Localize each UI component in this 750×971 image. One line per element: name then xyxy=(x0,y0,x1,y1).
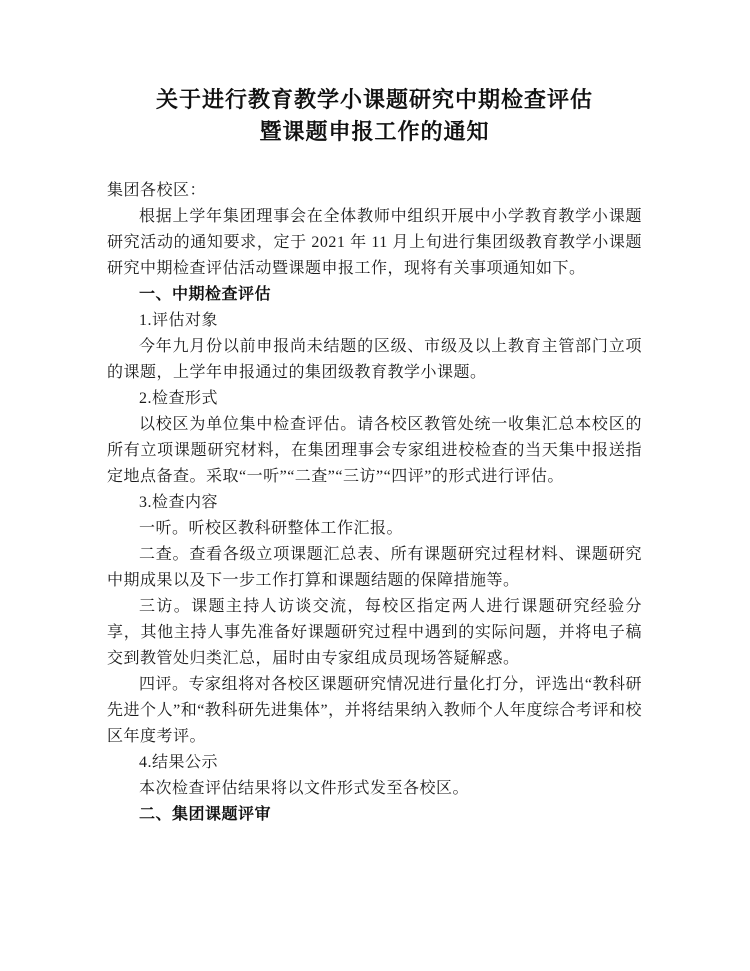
body-paragraph: 今年九月份以前申报尚未结题的区级、市级及以上教育主管部门立项的课题，上学年申报通… xyxy=(107,334,642,386)
document-page: 关于进行教育教学小课题研究中期检查评估 暨课题申报工作的通知 集团各校区：根据上… xyxy=(0,0,750,971)
document-title: 关于进行教育教学小课题研究中期检查评估 暨课题申报工作的通知 xyxy=(107,84,642,148)
sub-heading: 3.检查内容 xyxy=(107,490,642,516)
salutation-line: 集团各校区： xyxy=(107,178,642,204)
sub-heading: 4.结果公示 xyxy=(107,750,642,776)
body-paragraph: 二查。查看各级立项课题汇总表、所有课题研究过程材料、课题研究中期成果以及下一步工… xyxy=(107,542,642,594)
document-title-line-2: 暨课题申报工作的通知 xyxy=(259,119,489,144)
document-title-line-1: 关于进行教育教学小课题研究中期检查评估 xyxy=(156,87,593,112)
body-paragraph: 四评。专家组将对各校区课题研究情况进行量化打分，评选出“教科研先进个人”和“教科… xyxy=(107,672,642,750)
sub-heading: 2.检查形式 xyxy=(107,386,642,412)
body-paragraph: 根据上学年集团理事会在全体教师中组织开展中小学教育教学小课题研究活动的通知要求，… xyxy=(107,204,642,282)
body-paragraph: 本次检查评估结果将以文件形式发至各校区。 xyxy=(107,776,642,802)
body-paragraph: 三访。课题主持人访谈交流，每校区指定两人进行课题研究经验分享，其他主持人事先准备… xyxy=(107,594,642,672)
body-paragraph: 以校区为单位集中检查评估。请各校区教管处统一收集汇总本校区的所有立项课题研究材料… xyxy=(107,412,642,490)
section-heading: 一、中期检查评估 xyxy=(107,282,642,308)
document-body: 集团各校区：根据上学年集团理事会在全体教师中组织开展中小学教育教学小课题研究活动… xyxy=(107,178,642,828)
section-heading: 二、集团课题评审 xyxy=(107,802,642,828)
body-paragraph: 一听。听校区教科研整体工作汇报。 xyxy=(107,516,642,542)
sub-heading: 1.评估对象 xyxy=(107,308,642,334)
